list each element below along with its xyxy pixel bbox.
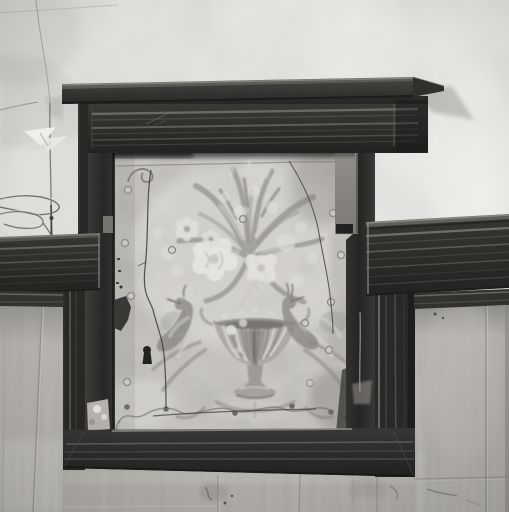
vignette <box>0 0 509 512</box>
photograph: Painted overmantel cupboard panel depict… <box>0 0 509 512</box>
photo-canvas <box>0 0 509 512</box>
